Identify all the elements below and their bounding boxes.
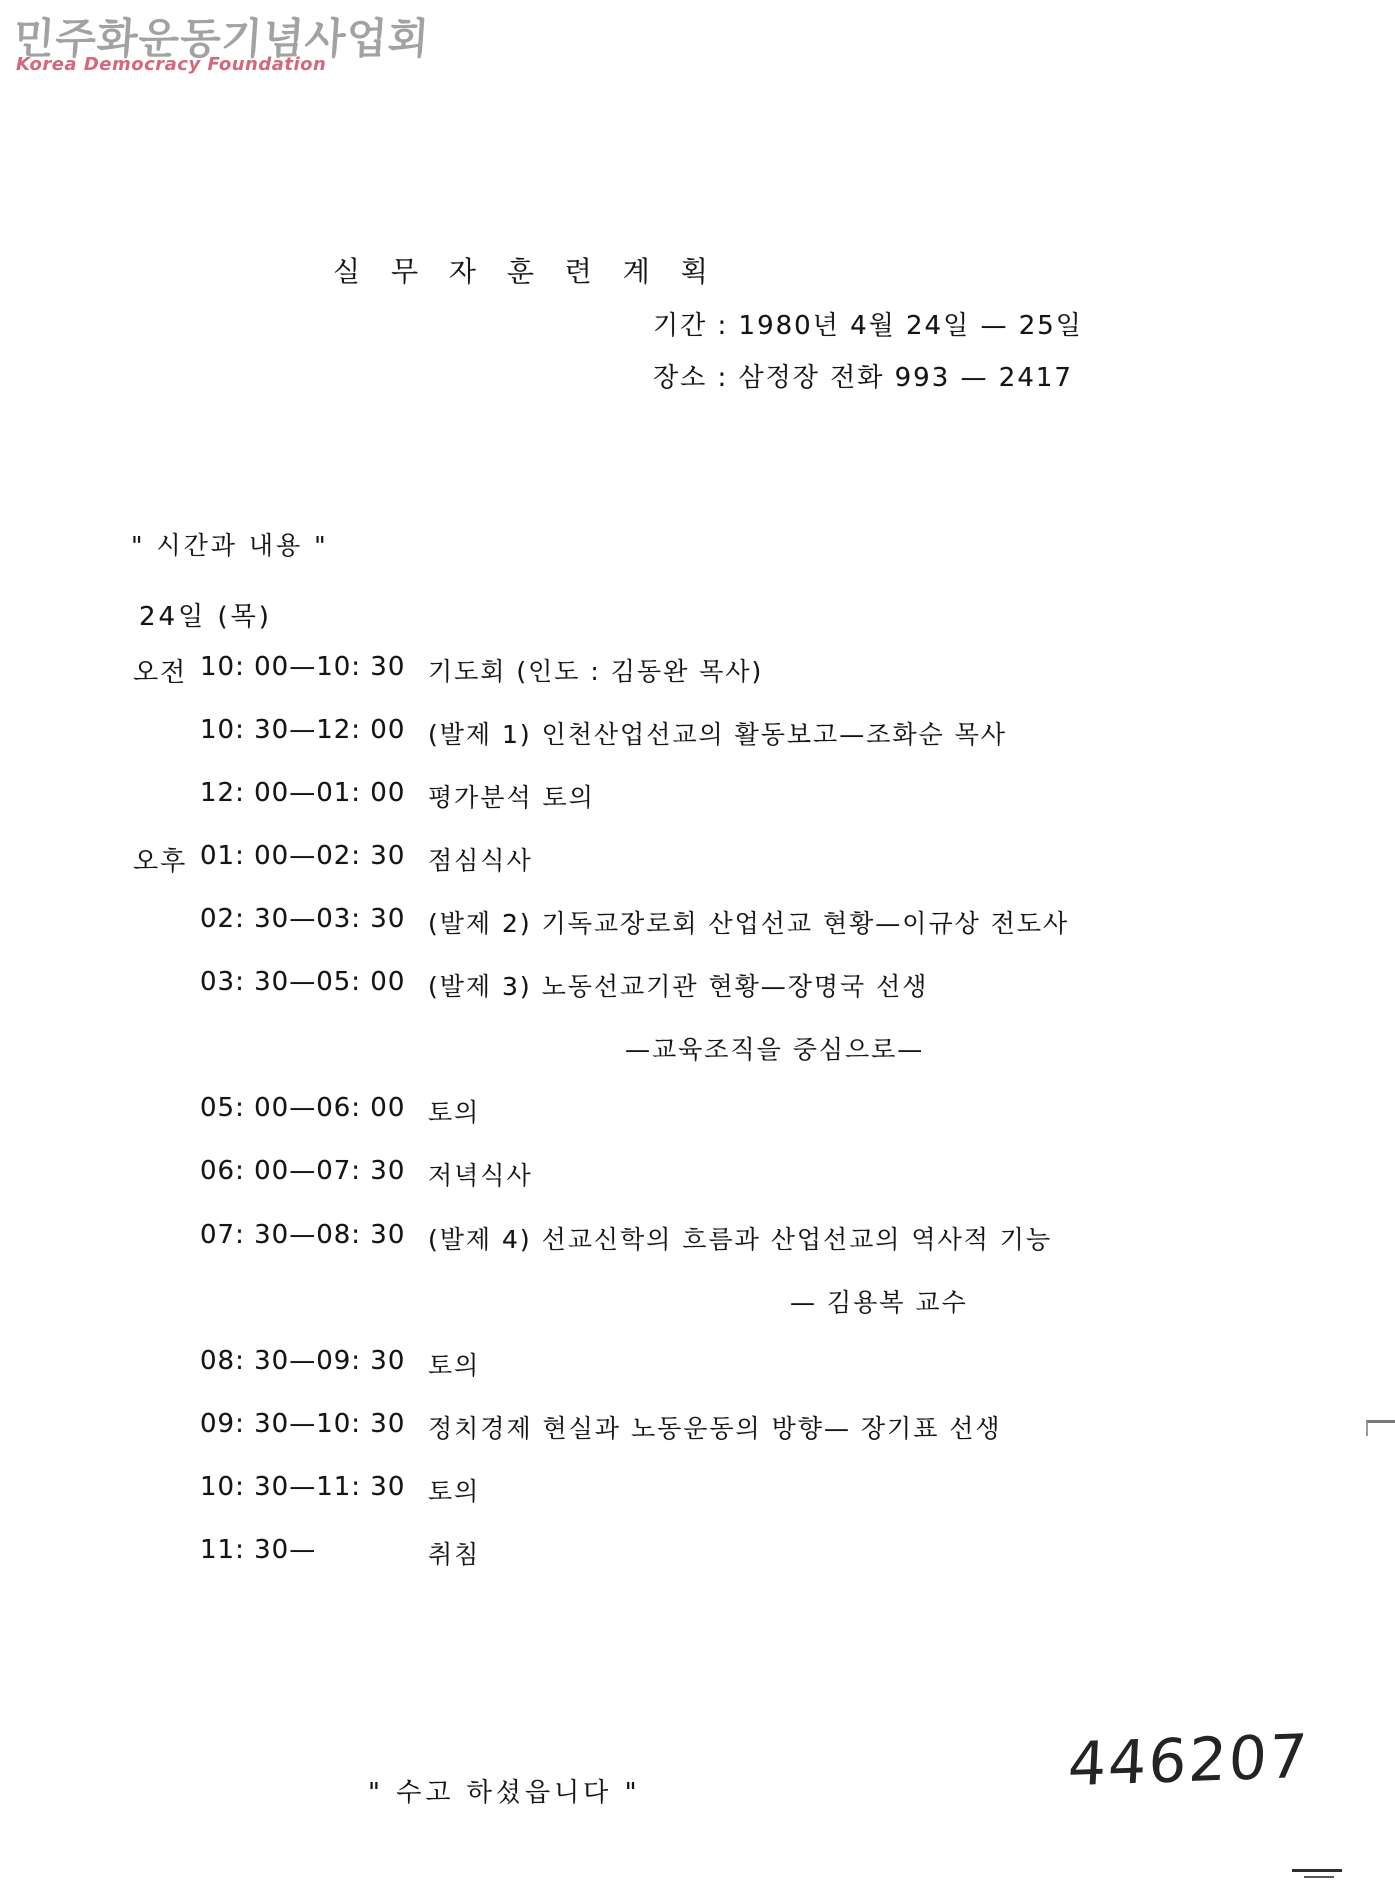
scan-artifact-corner-mark-2 bbox=[1304, 1876, 1334, 1878]
schedule-row: 02: 30—03: 30 (발제 2) 기독교장로회 산업선교 현황—이규상 … bbox=[133, 904, 1313, 938]
row-time: 03: 30—05: 00 bbox=[200, 967, 428, 997]
schedule-row: 07: 30—08: 30 (발제 4) 선교신학의 흐름과 산업선교의 역사적… bbox=[133, 1220, 1313, 1254]
row-desc: 토의 bbox=[428, 1346, 1313, 1382]
row-desc: 기도회 (인도 : 김동완 목사) bbox=[428, 652, 1313, 688]
row-time: 12: 00—01: 00 bbox=[200, 778, 428, 808]
schedule-row: —교육조직을 중심으로— bbox=[133, 1030, 1313, 1064]
row-desc: (발제 2) 기독교장로회 산업선교 현황—이규상 전도사 bbox=[428, 904, 1313, 940]
schedule-row: 09: 30—10: 30 정치경제 현실과 노동운동의 방향— 장기표 선생 bbox=[133, 1409, 1313, 1443]
day-header-24th-thursday: 24일 (목) bbox=[139, 596, 272, 633]
schedule-row: 11: 30— 취침 bbox=[133, 1535, 1313, 1569]
closing-remark: " 수고 하셨읍니다 " bbox=[368, 1772, 641, 1809]
schedule-row: 06: 00—07: 30 저녁식사 bbox=[133, 1156, 1313, 1190]
row-time: 07: 30—08: 30 bbox=[200, 1220, 428, 1250]
row-desc: — 김용복 교수 bbox=[790, 1283, 1313, 1319]
schedule-row: 오후 01: 00—02: 30 점심식사 bbox=[133, 841, 1313, 875]
row-desc: 토의 bbox=[428, 1472, 1313, 1508]
handwritten-archive-number: 446207 bbox=[1066, 1722, 1311, 1801]
document-title: 실 무 자 훈 련 계 획 bbox=[333, 250, 719, 290]
row-desc: 점심식사 bbox=[428, 841, 1313, 877]
row-time: 10: 30—11: 30 bbox=[200, 1472, 428, 1502]
row-time: 05: 00—06: 00 bbox=[200, 1093, 428, 1123]
row-desc: —교육조직을 중심으로— bbox=[625, 1030, 1313, 1066]
meta-location-line: 장소 : 삼정장 전화 993 — 2417 bbox=[653, 357, 1073, 394]
row-time: 09: 30—10: 30 bbox=[200, 1409, 428, 1439]
row-time: 01: 00—02: 30 bbox=[200, 841, 428, 871]
row-desc: 취침 bbox=[428, 1535, 1313, 1571]
row-desc: 정치경제 현실과 노동운동의 방향— 장기표 선생 bbox=[428, 1409, 1313, 1445]
row-desc: (발제 4) 선교신학의 흐름과 산업선교의 역사적 기능 bbox=[428, 1220, 1313, 1256]
schedule-row: 05: 00—06: 00 토의 bbox=[133, 1093, 1313, 1127]
row-time: 10: 00—10: 30 bbox=[200, 652, 428, 682]
schedule-row: 10: 30—11: 30 토의 bbox=[133, 1472, 1313, 1506]
row-desc: 평가분석 토의 bbox=[428, 778, 1313, 814]
row-period: 오후 bbox=[133, 841, 200, 878]
row-time: 10: 30—12: 00 bbox=[200, 715, 428, 745]
section-header-time-and-contents: " 시간과 내용 " bbox=[131, 526, 329, 562]
scanned-document-page: 민주화운동기념사업회 Korea Democracy Foundation 실 … bbox=[0, 0, 1395, 1893]
foundation-logo-english: Korea Democracy Foundation bbox=[16, 54, 326, 75]
schedule-row: 오전 10: 00—10: 30 기도회 (인도 : 김동완 목사) bbox=[133, 652, 1313, 686]
row-time: 08: 30—09: 30 bbox=[200, 1346, 428, 1376]
row-time: 06: 00—07: 30 bbox=[200, 1156, 428, 1186]
row-time: 02: 30—03: 30 bbox=[200, 904, 428, 934]
schedule: 오전 10: 00—10: 30 기도회 (인도 : 김동완 목사) 10: 3… bbox=[133, 652, 1313, 1598]
scan-artifact-corner-mark bbox=[1292, 1869, 1342, 1872]
row-desc: 저녁식사 bbox=[428, 1156, 1313, 1192]
schedule-row: — 김용복 교수 bbox=[133, 1283, 1313, 1317]
meta-period-line: 기간 : 1980년 4월 24일 — 25일 bbox=[653, 305, 1083, 342]
row-desc: 토의 bbox=[428, 1093, 1313, 1129]
row-period: 오전 bbox=[133, 652, 200, 689]
schedule-row: 03: 30—05: 00 (발제 3) 노동선교기관 현황—장명국 선생 bbox=[133, 967, 1313, 1001]
schedule-row: 10: 30—12: 00 (발제 1) 인천산업선교의 활동보고—조화순 목사 bbox=[133, 715, 1313, 749]
schedule-row: 12: 00—01: 00 평가분석 토의 bbox=[133, 778, 1313, 812]
schedule-row: 08: 30—09: 30 토의 bbox=[133, 1346, 1313, 1380]
row-desc: (발제 1) 인천산업선교의 활동보고—조화순 목사 bbox=[428, 715, 1313, 751]
row-desc: (발제 3) 노동선교기관 현황—장명국 선생 bbox=[428, 967, 1313, 1003]
scan-artifact-edge-mark bbox=[1366, 1420, 1395, 1436]
row-time: 11: 30— bbox=[200, 1535, 428, 1565]
